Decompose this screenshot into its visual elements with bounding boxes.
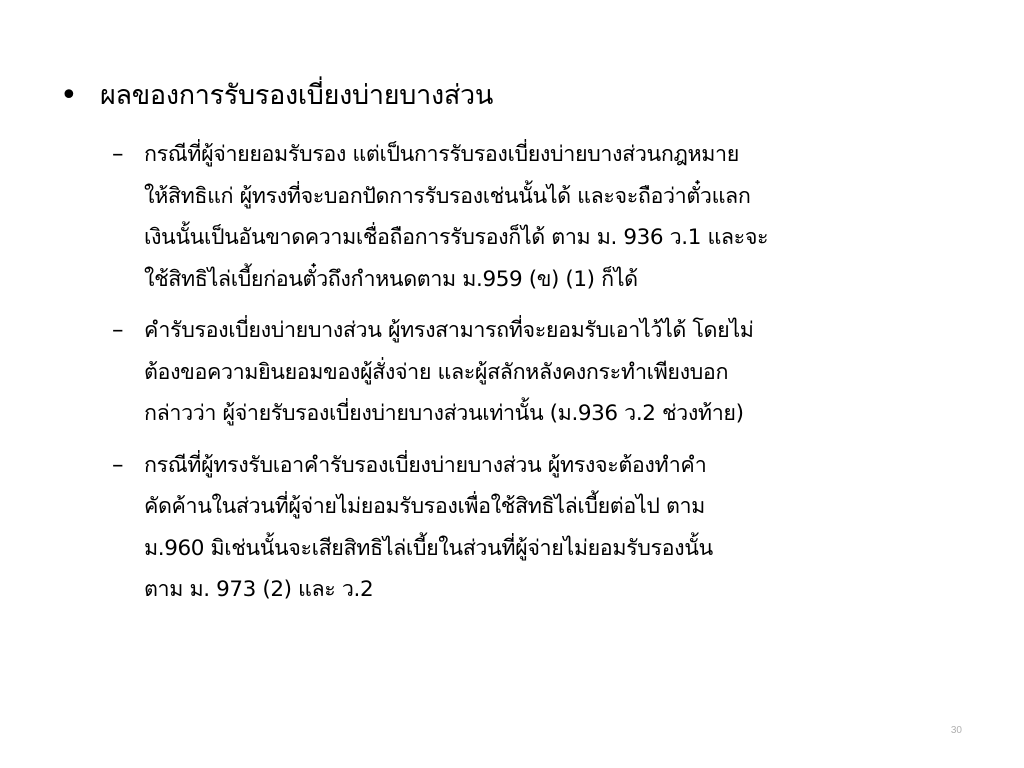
main-bullet-text: ผลของการรับรองเบี่ยงบ่ายบางส่วน (100, 74, 493, 118)
sub-bullet-text: คำรับรองเบี่ยงบ่ายบางส่วน ผู้ทรงสามารถที… (144, 310, 754, 435)
sub-bullet-item: – กรณีที่ผู้ทรงรับเอาคำรับรองเบี่ยงบ่ายบ… (112, 445, 992, 611)
sub-bullet-item: – กรณีที่ผู้จ่ายยอมรับรอง แต่เป็นการรับร… (112, 134, 992, 300)
text-line: ม.960 มิเช่นนั้นจะเสียสิทธิไล่เบี้ยในส่ว… (144, 528, 713, 570)
sub-bullet-text: กรณีที่ผู้จ่ายยอมรับรอง แต่เป็นการรับรอง… (144, 134, 768, 300)
text-line: ใช้สิทธิไล่เบี้ยก่อนตั๋วถึงกำหนดตาม ม.95… (144, 259, 768, 301)
sub-bullet-item: – คำรับรองเบี่ยงบ่ายบางส่วน ผู้ทรงสามารถ… (112, 310, 992, 435)
text-line: คำรับรองเบี่ยงบ่ายบางส่วน ผู้ทรงสามารถที… (144, 310, 754, 352)
text-line: ตาม ม. 973 (2) และ ว.2 (144, 569, 713, 611)
dash-icon: – (112, 134, 144, 176)
text-line: กล่าวว่า ผู้จ่ายรับรองเบี่ยงบ่ายบางส่วนเ… (144, 393, 754, 435)
text-line: กรณีที่ผู้จ่ายยอมรับรอง แต่เป็นการรับรอง… (144, 134, 768, 176)
text-line: ต้องขอความยินยอมของผู้สั่งจ่าย และผู้สลั… (144, 352, 754, 394)
text-line: คัดค้านในส่วนที่ผู้จ่ายไม่ยอมรับรองเพื่อ… (144, 486, 713, 528)
main-bullet: • ผลของการรับรองเบี่ยงบ่ายบางส่วน (60, 74, 980, 118)
dash-icon: – (112, 445, 144, 487)
dash-icon: – (112, 310, 144, 352)
text-line: ให้สิทธิแก่ ผู้ทรงที่จะบอกปัดการรับรองเช… (144, 176, 768, 218)
text-line: เงินนั้นเป็นอันขาดความเชื่อถือการรับรองก… (144, 217, 768, 259)
sub-bullet-list: – กรณีที่ผู้จ่ายยอมรับรอง แต่เป็นการรับร… (112, 134, 992, 621)
slide: • ผลของการรับรองเบี่ยงบ่ายบางส่วน – กรณี… (0, 0, 1024, 768)
sub-bullet-text: กรณีที่ผู้ทรงรับเอาคำรับรองเบี่ยงบ่ายบาง… (144, 445, 713, 611)
text-line: กรณีที่ผู้ทรงรับเอาคำรับรองเบี่ยงบ่ายบาง… (144, 445, 713, 487)
bullet-icon: • (60, 74, 100, 118)
page-number: 30 (951, 725, 962, 736)
